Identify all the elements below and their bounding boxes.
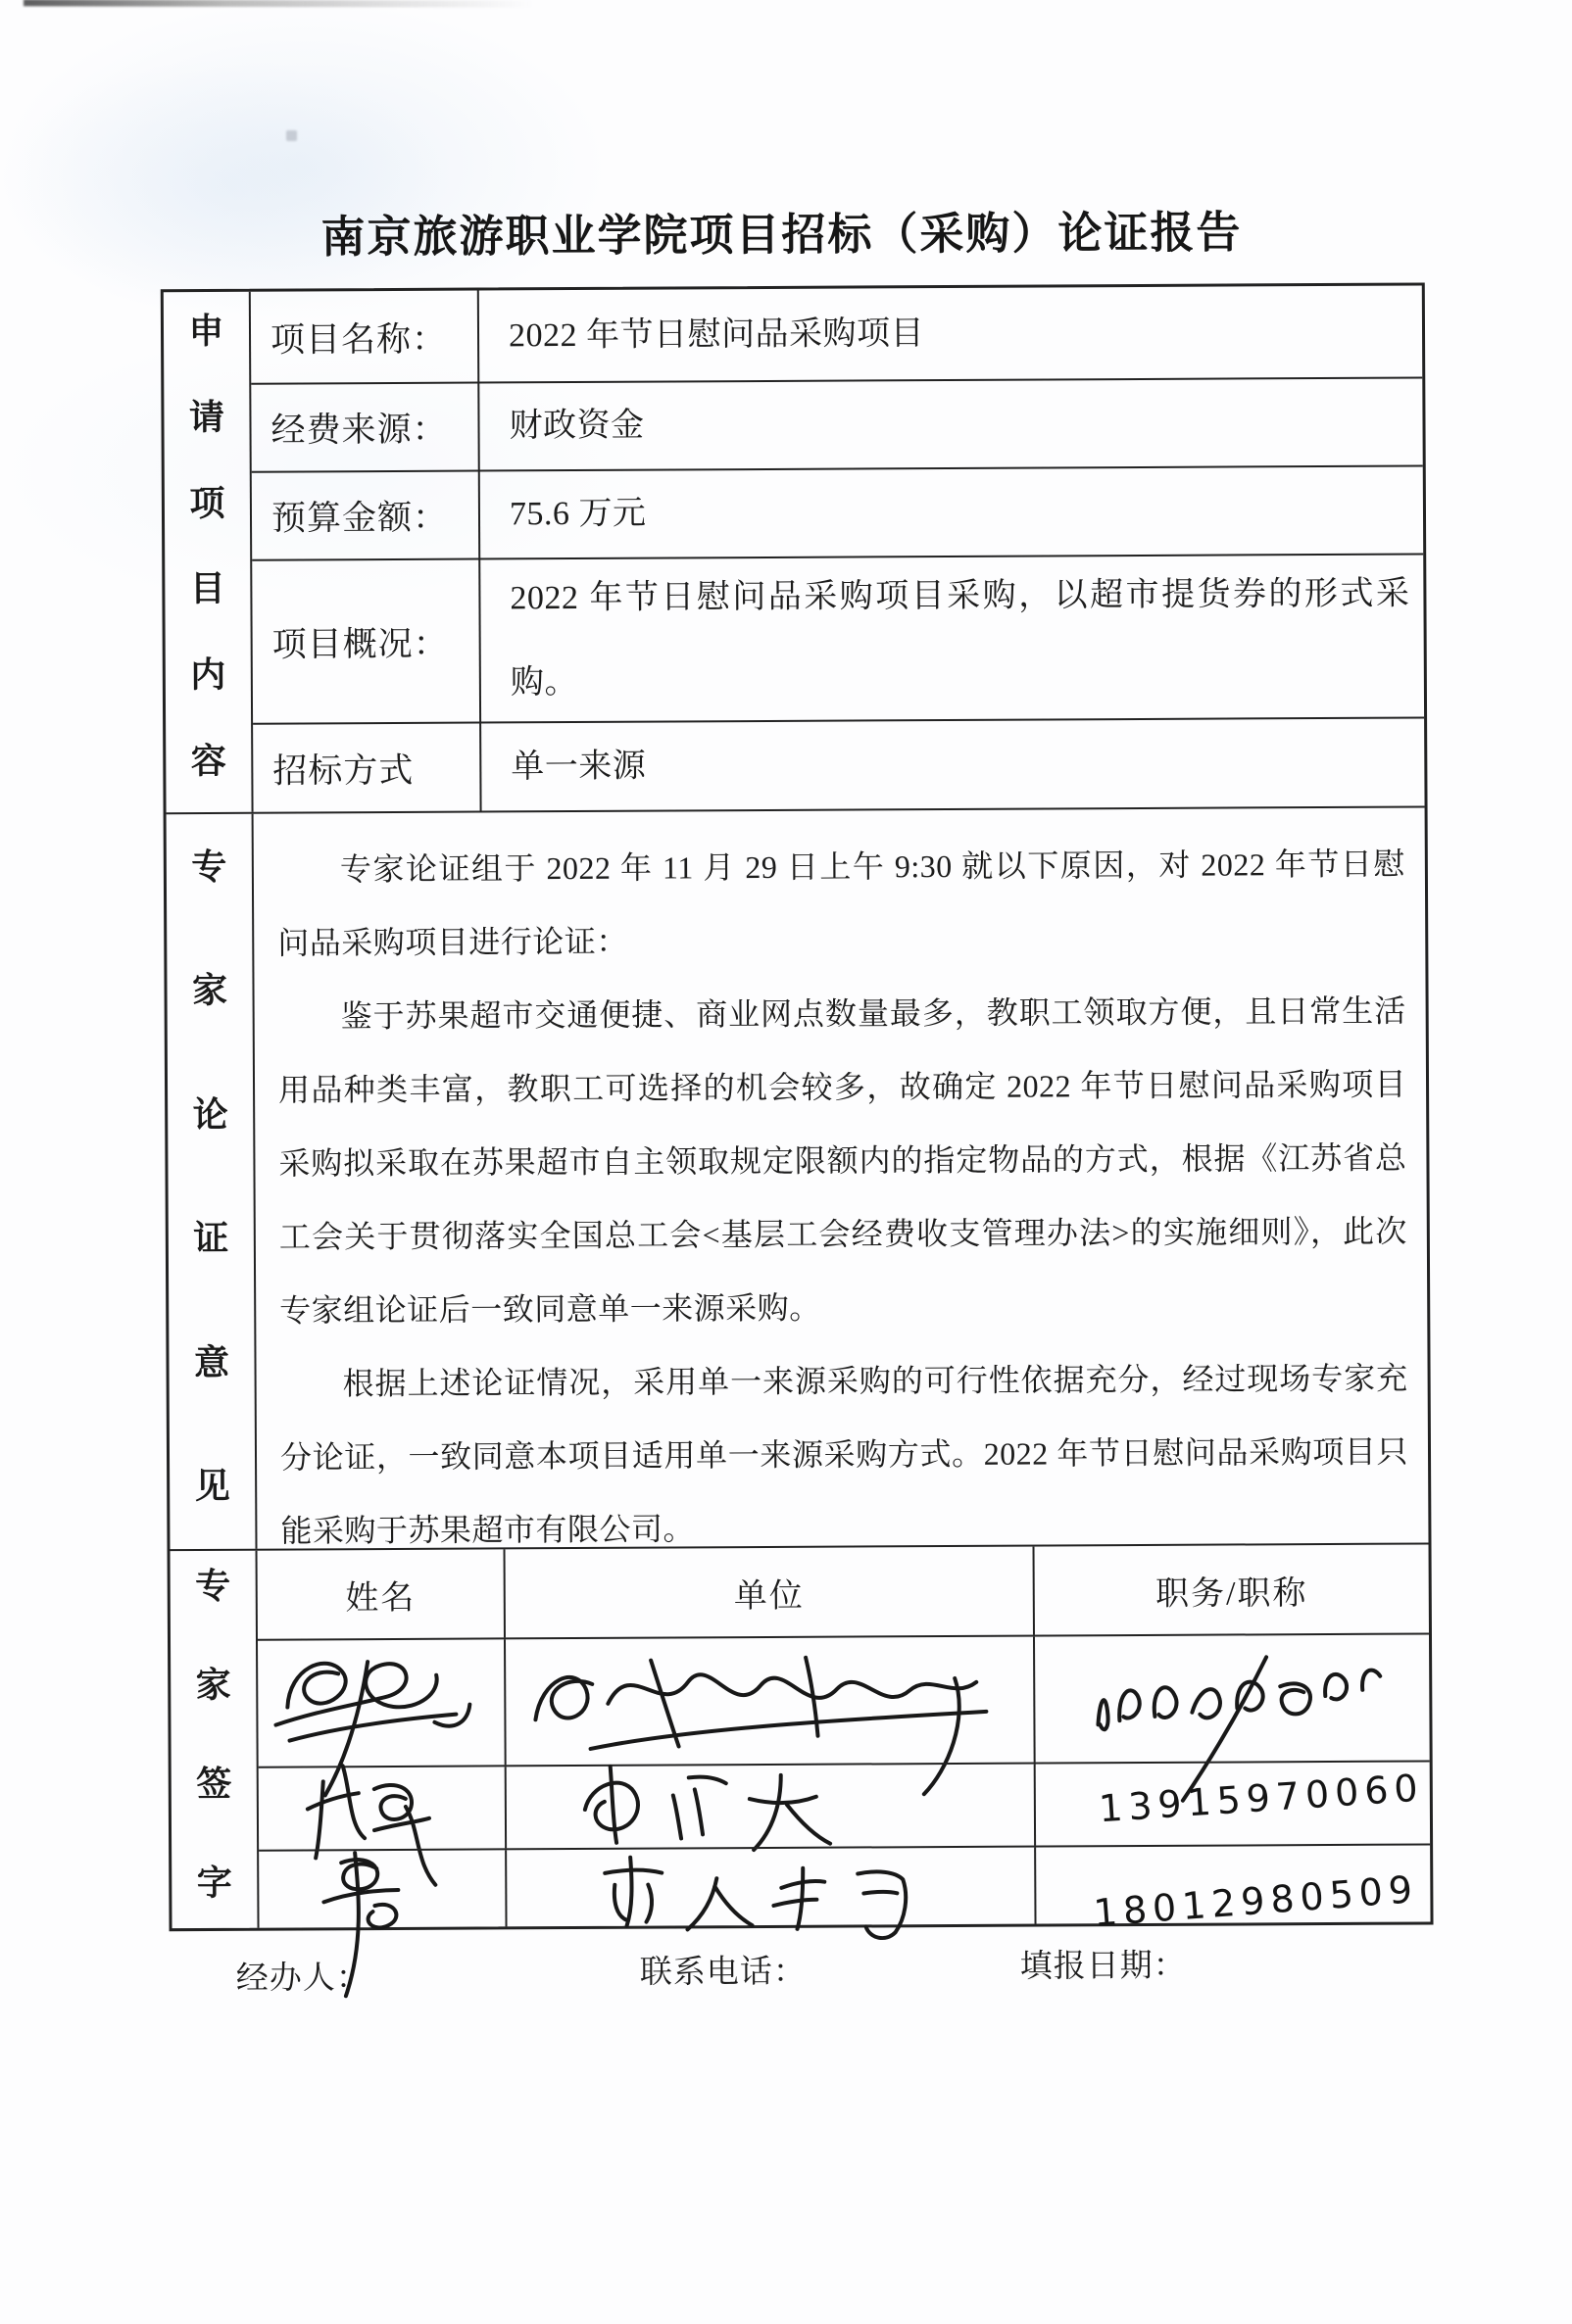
section-expert-signatures: 专家签字 姓名 单位 职务/职称 (171, 1542, 1431, 1928)
field-value: 财政资金 (479, 378, 1422, 469)
field-value: 2022 年节日慰问品采购项目 (479, 285, 1422, 381)
signature-title-1 (1035, 1634, 1430, 1762)
application-rows: 项目名称： 2022 年节日慰问品采购项目 经费来源： 财政资金 预算金额： 7… (251, 285, 1425, 811)
field-label: 招标方式 (253, 724, 481, 812)
row-project-name: 项目名称： 2022 年节日慰问品采购项目 (251, 285, 1422, 382)
expert-opinion-text: 专家论证组于 2022 年 11 月 29 日上午 9:30 就以下原因，对 2… (254, 807, 1429, 1548)
side-label-expert-opinion: 专家论证意见 (167, 814, 258, 1549)
row-project-overview: 项目概况： 2022 年节日慰问品采购项目采购，以超市提货券的形式采购。 (252, 553, 1424, 722)
row-fund-source: 经费来源： 财政资金 (251, 376, 1422, 470)
header-title: 职务/职称 (1035, 1544, 1429, 1634)
fill-date-label: 填报日期： (1020, 1940, 1187, 1987)
contact-phone-label: 联系电话： (640, 1946, 807, 1993)
operator-label: 经办人： (236, 1952, 369, 1999)
field-label: 经费来源： (251, 384, 479, 471)
opinion-paragraph: 根据上述论证情况，采用单一来源采购的可行性依据充分，经过现场专家充分论证，一致同… (279, 1342, 1408, 1569)
opinion-paragraph: 专家论证组于 2022 年 11 月 29 日上午 9:30 就以下原因，对 2… (277, 828, 1406, 981)
field-label: 项目名称： (251, 291, 479, 383)
section-application: 申请项目内容 项目名称： 2022 年节日慰问品采购项目 经费来源： 财政资金 … (164, 285, 1425, 812)
signature-row-3: 18012980509 (259, 1843, 1430, 1927)
side-label-signatures: 专家签字 (171, 1551, 260, 1928)
signature-title-2: 13915970060 (1036, 1762, 1430, 1845)
side-label-application: 申请项目内容 (164, 292, 254, 812)
field-label: 项目概况： (252, 560, 481, 723)
handwritten-phone: 18012980509 (1092, 1867, 1419, 1935)
report-table: 申请项目内容 项目名称： 2022 年节日慰问品采购项目 经费来源： 财政资金 … (161, 282, 1434, 1931)
scanned-report-page: 南京旅游职业学院项目招标（采购）论证报告 申请项目内容 项目名称： 2022 年… (0, 0, 1572, 2324)
handwritten-unit (507, 1848, 1036, 1927)
handwritten-phone: 13915970060 (1098, 1766, 1425, 1830)
row-bidding-method: 招标方式 单一来源 (253, 716, 1424, 811)
row-budget: 预算金额： 75.6 万元 (252, 464, 1423, 558)
page-title: 南京旅游职业学院项目招标（采购）论证报告 (0, 195, 1568, 266)
signature-name-3 (259, 1850, 507, 1927)
handwritten-unit (569, 1840, 928, 1955)
signature-unit-1 (506, 1637, 1036, 1766)
document-content: 南京旅游职业学院项目招标（采购）论证报告 申请项目内容 项目名称： 2022 年… (0, 0, 1572, 2324)
handwritten-unit (507, 1765, 1036, 1849)
field-value: 75.6 万元 (480, 466, 1423, 557)
field-value: 2022 年节日慰问品采购项目采购，以超市提货券的形式采购。 (480, 555, 1424, 721)
signature-title-3: 18012980509 (1036, 1845, 1430, 1923)
header-name: 姓名 (258, 1549, 506, 1638)
section-expert-opinion: 专家论证意见 专家论证组于 2022 年 11 月 29 日上午 9:30 就以… (167, 805, 1429, 1549)
signature-table: 姓名 单位 职务/职称 (258, 1544, 1431, 1927)
field-value: 单一来源 (481, 718, 1424, 810)
field-label: 预算金额： (252, 472, 480, 559)
opinion-paragraph: 鉴于苏果超市交通便捷、商业网点数量最多，教职工领取方便，且日常生活用品种类丰富，… (277, 975, 1407, 1348)
